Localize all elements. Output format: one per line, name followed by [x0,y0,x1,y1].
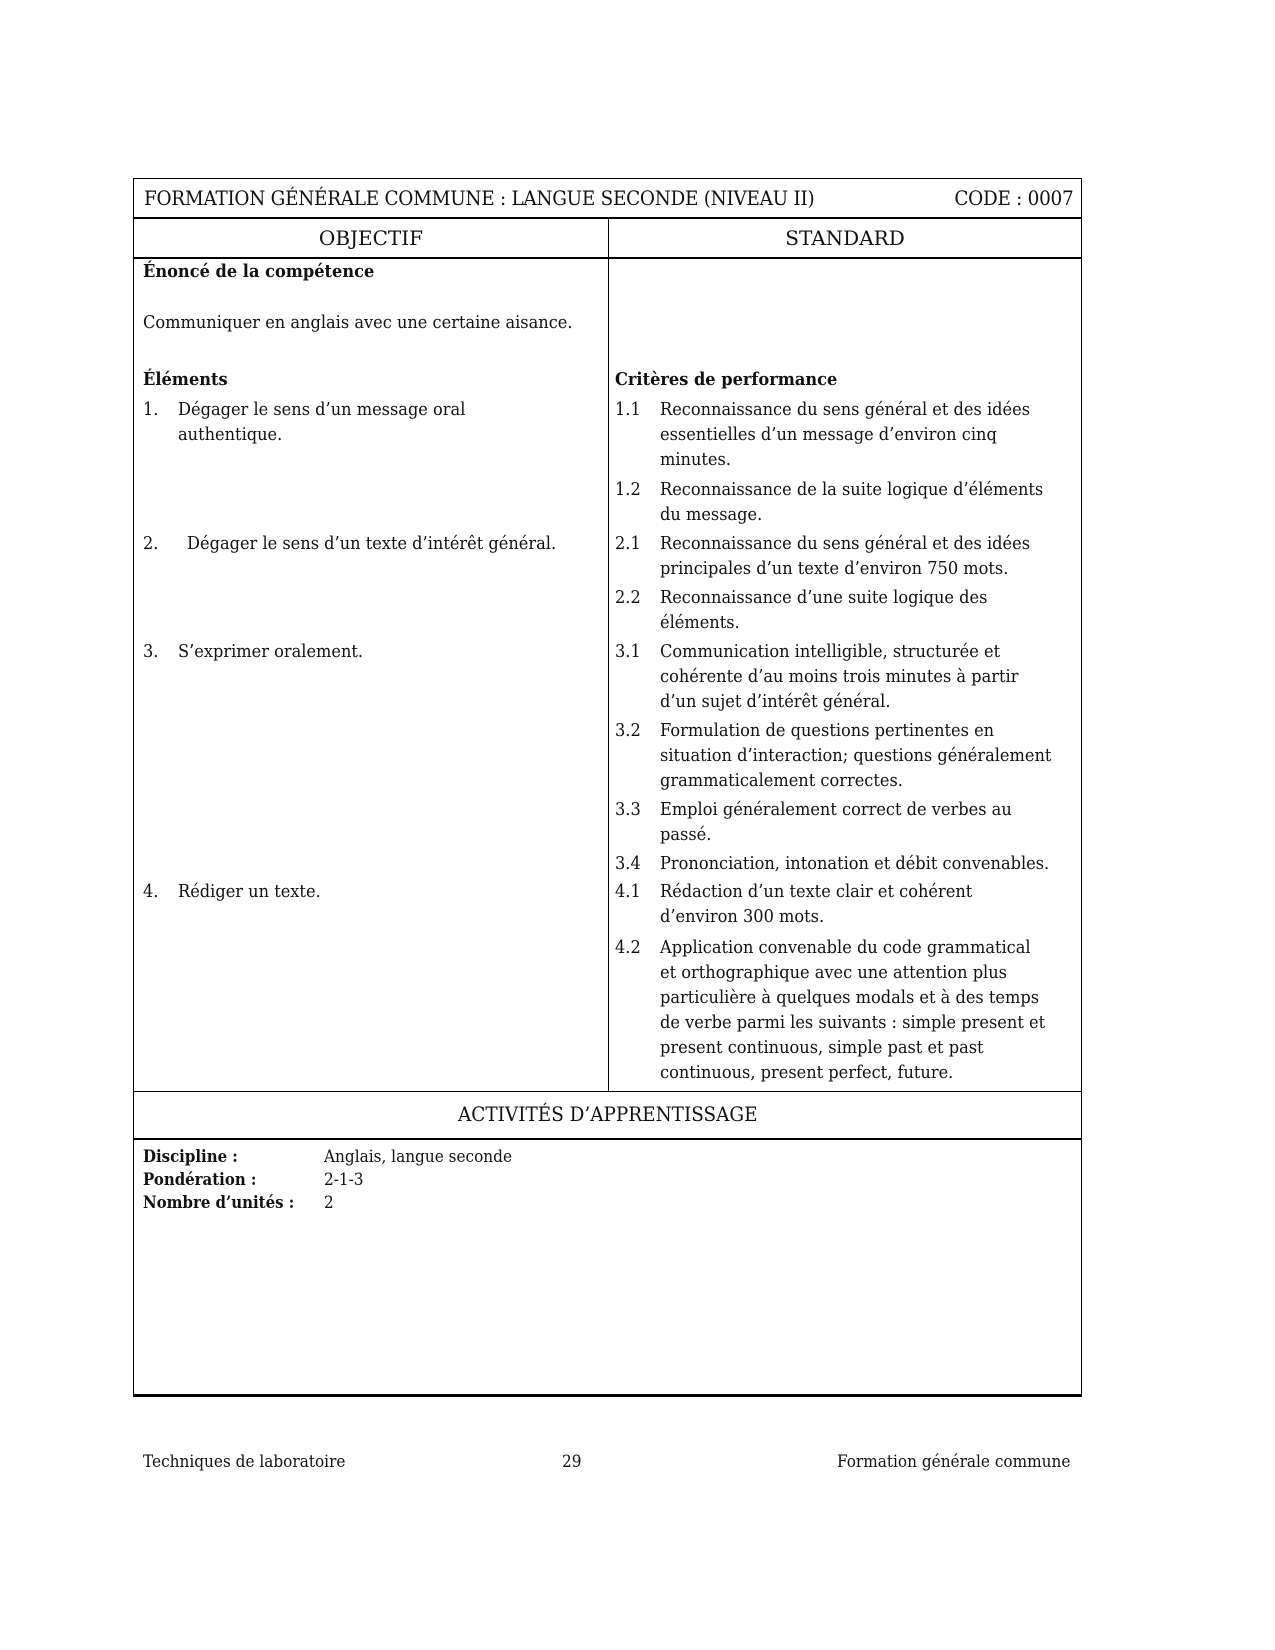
criterion-number: 4.1 [615,879,641,904]
criterion-text: continuous, present perfect, future. [660,1060,953,1085]
criterion-text: Prononciation, intonation et débit conve… [660,851,1049,876]
criterion-text: situation d’interaction; questions génér… [660,743,1051,768]
criterion-text: Emploi généralement correct de verbes au [660,797,1012,822]
criterion-number: 1.2 [615,477,641,502]
criterion-text: de verbe parmi les suivants : simple pre… [660,1010,1045,1035]
element-number: 3. [143,639,158,664]
discipline-value: Anglais, langue seconde [324,1147,512,1167]
element-text: S’exprimer oralement. [178,639,363,664]
criterion-text: principales d’un texte d’environ 750 mot… [660,556,1008,581]
criterion-text: Application convenable du code grammatic… [660,935,1031,960]
criterion-number: 3.1 [615,639,641,664]
activities-header: ACTIVITÉS D’APPRENTISSAGE [134,1091,1081,1140]
column-divider [608,219,609,1092]
elements-heading: Éléments [143,367,228,392]
title-row: FORMATION GÉNÉRALE COMMUNE : LANGUE SECO… [134,179,1081,219]
criterion-text: essentielles d’un message d’environ cinq [660,422,997,447]
criterion-text: Reconnaissance d’une suite logique des [660,585,987,610]
criterion-text: éléments. [660,610,740,635]
document-title: FORMATION GÉNÉRALE COMMUNE : LANGUE SECO… [144,186,814,210]
activities-heading: ACTIVITÉS D’APPRENTISSAGE [458,1092,758,1136]
ponderation-label: Pondération : [143,1170,256,1190]
element-number: 1. [143,397,158,422]
enonce-heading: Énoncé de la compétence [143,259,374,284]
criterion-number: 2.2 [615,585,641,610]
criterion-text: minutes. [660,447,731,472]
footer-section: Formation générale commune [837,1452,1070,1472]
criterion-text: Formulation de questions pertinentes en [660,718,994,743]
criterion-text: Reconnaissance du sens général et des id… [660,531,1030,556]
page-number: 29 [562,1452,581,1472]
element-text: Dégager le sens d’un texte d’intérêt gén… [187,531,556,556]
criterion-number: 3.4 [615,851,641,876]
criterion-text: present continuous, simple past et past [660,1035,984,1060]
criterion-number: 3.3 [615,797,641,822]
criterion-number: 2.1 [615,531,641,556]
criterion-text: Reconnaissance du sens général et des id… [660,397,1030,422]
criterion-number: 3.2 [615,718,641,743]
criterion-text: et orthographique avec une attention plu… [660,960,1007,985]
footer-program: Techniques de laboratoire [143,1452,345,1472]
unites-label: Nombre d’unités : [143,1193,294,1213]
criteria-heading: Critères de performance [615,367,837,392]
element-text: Rédiger un texte. [178,879,321,904]
criterion-text: Rédaction d’un texte clair et cohérent [660,879,972,904]
criterion-number: 1.1 [615,397,641,422]
criterion-text: grammaticalement correctes. [660,768,903,793]
criterion-text: cohérente d’au moins trois minutes à par… [660,664,1018,689]
criterion-text: Reconnaissance de la suite logique d’élé… [660,477,1043,502]
enonce-text: Communiquer en anglais avec une certaine… [143,310,573,335]
element-text: Dégager le sens d’un message oral [178,397,465,422]
criterion-text: du message. [660,502,762,527]
discipline-label: Discipline : [143,1147,238,1167]
unites-value: 2 [324,1193,334,1213]
criterion-number: 4.2 [615,935,641,960]
ponderation-value: 2-1-3 [324,1170,364,1190]
standard-header: STANDARD [609,219,1081,257]
criterion-text: particulière à quelques modals et à des … [660,985,1039,1010]
element-text-cont: authentique. [178,422,282,447]
course-code: CODE : 0007 [954,186,1073,210]
objectif-header: OBJECTIF [134,219,608,257]
criterion-text: d’un sujet d’intérêt général. [660,689,890,714]
criterion-text: d’environ 300 mots. [660,904,824,929]
element-number: 2. [143,531,158,556]
criterion-text: passé. [660,822,711,847]
criterion-text: Communication intelligible, structurée e… [660,639,1000,664]
competency-table: FORMATION GÉNÉRALE COMMUNE : LANGUE SECO… [133,178,1082,1397]
element-number: 4. [143,879,158,904]
